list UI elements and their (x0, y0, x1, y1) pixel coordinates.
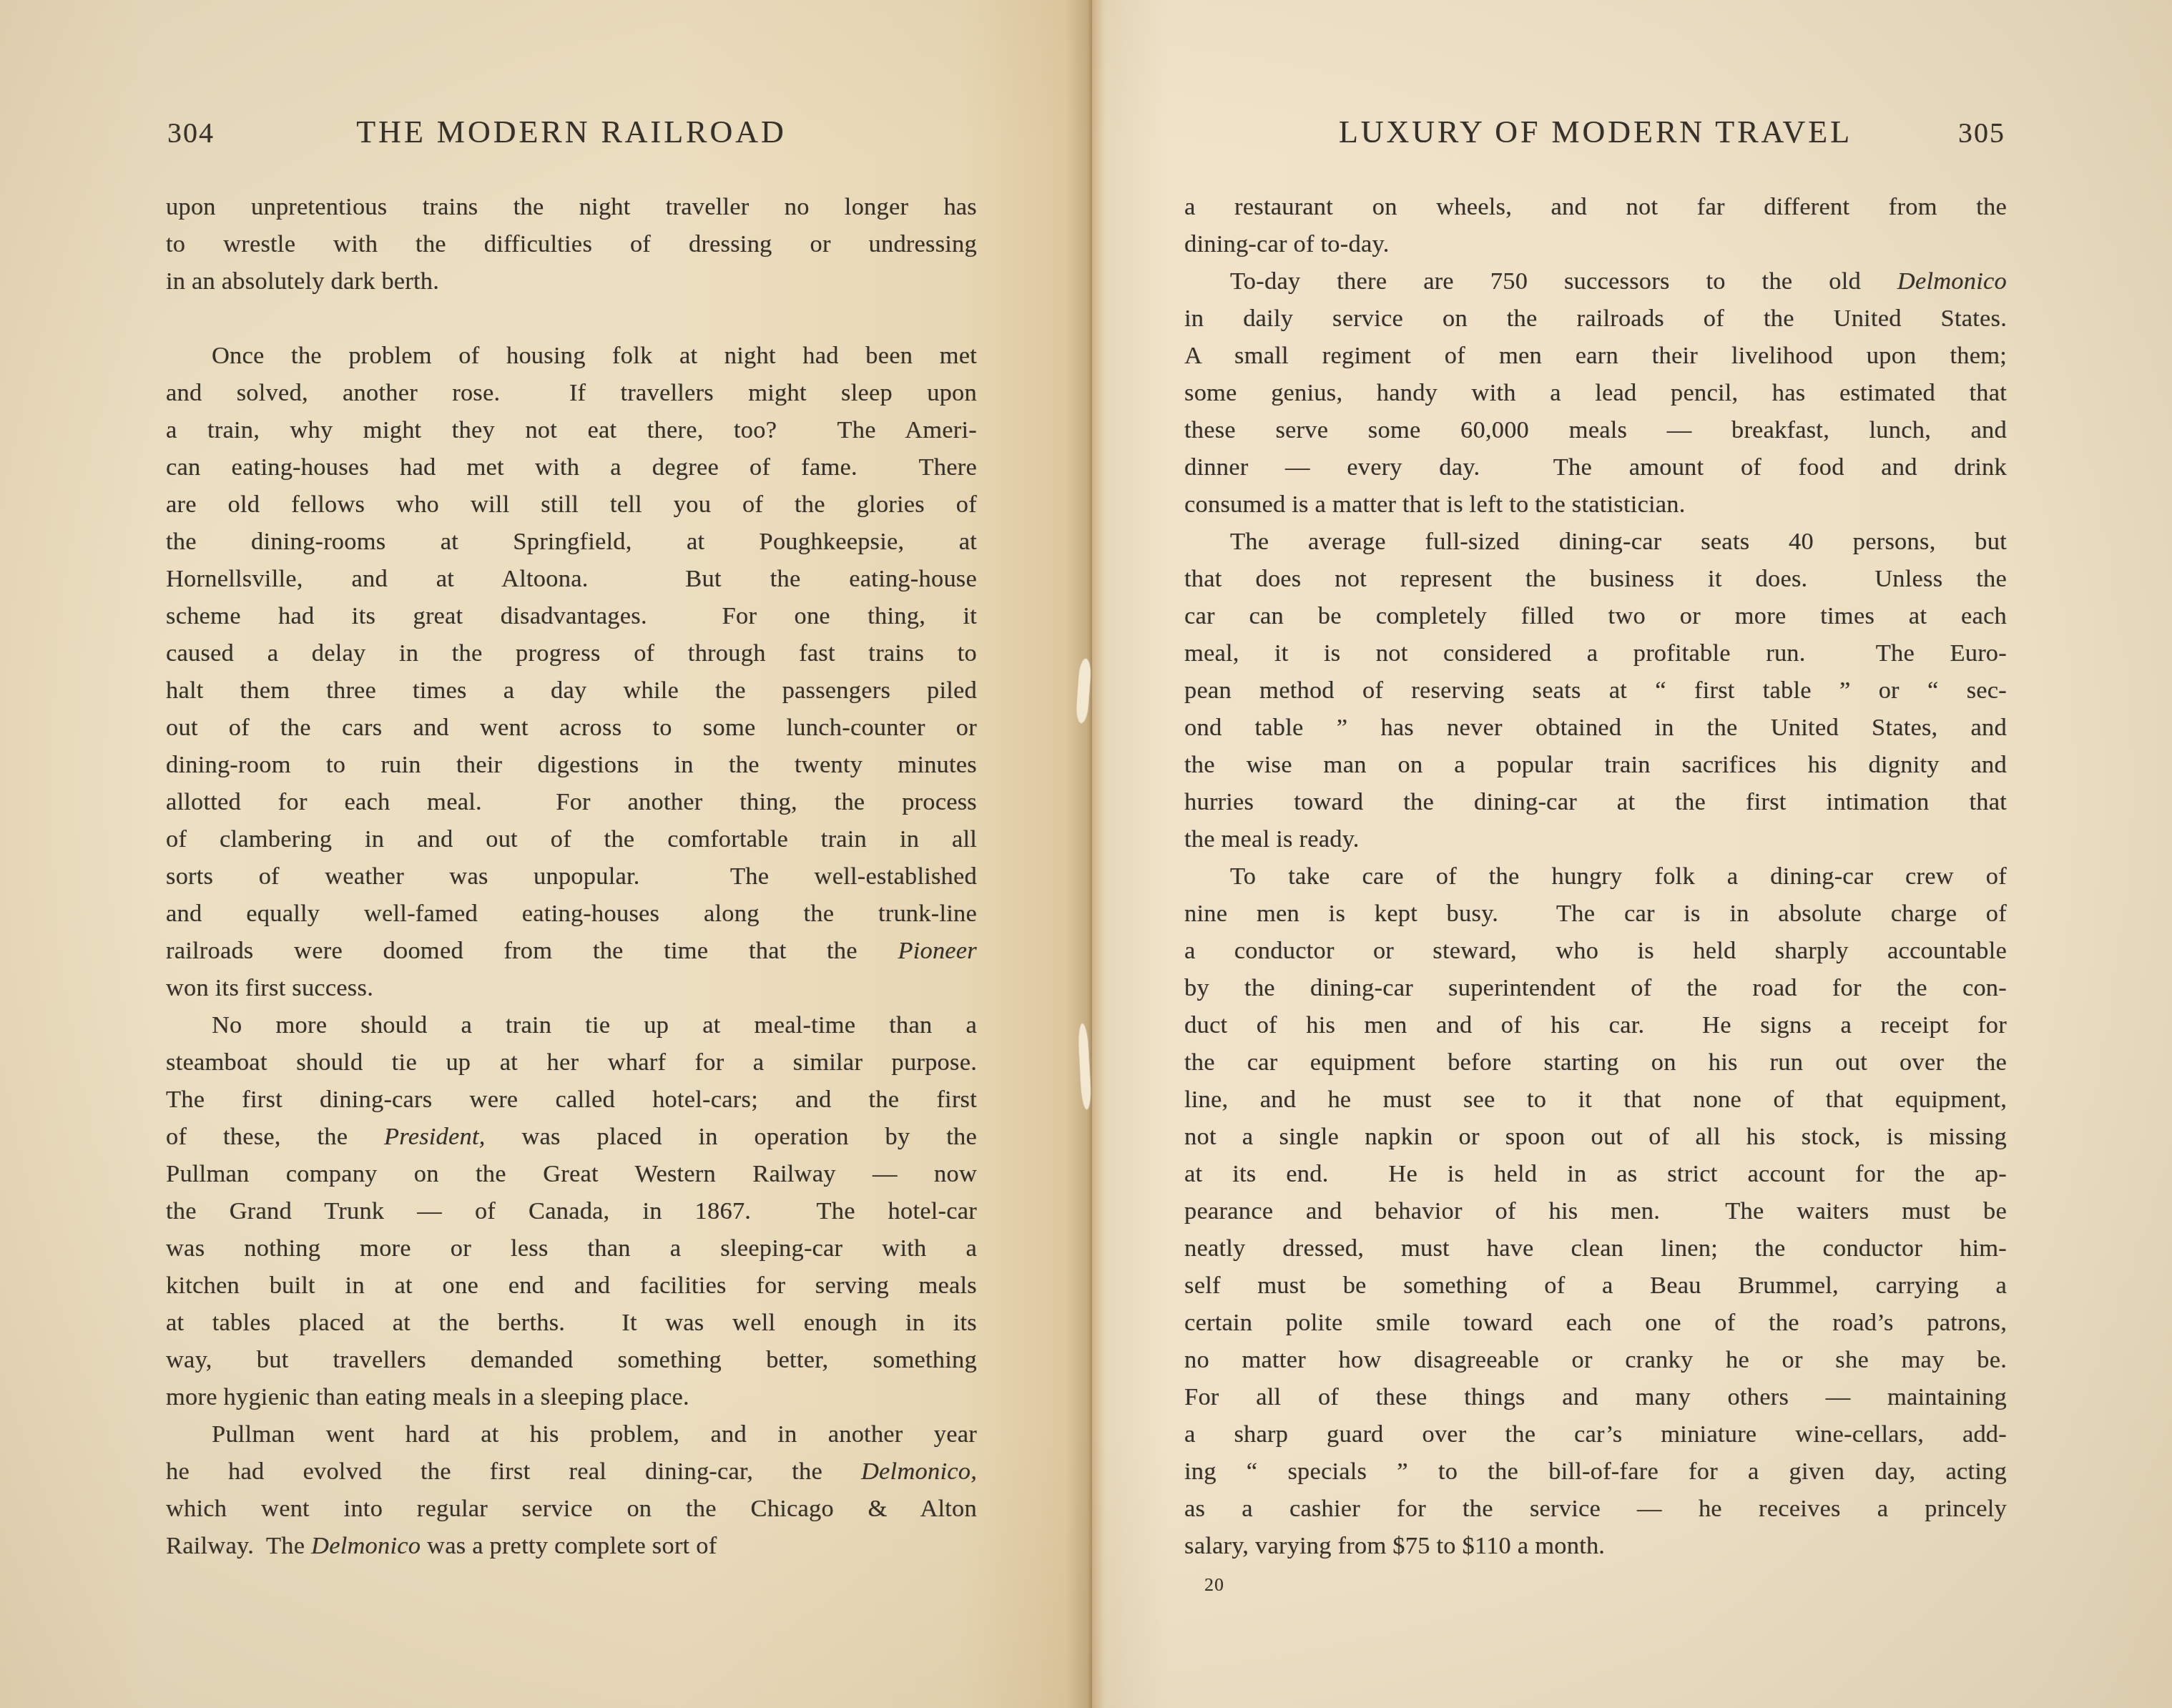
text-run: Once the problem of housing folk at nigh… (212, 342, 977, 369)
text-line: in an absolutely dark berth. (166, 262, 977, 300)
text-line: out of the cars and went across to some … (166, 709, 977, 746)
text-run: these serve some 60,000 meals — breakfas… (1184, 416, 2007, 443)
text-line: line, and he must see to it that none of… (1184, 1081, 2007, 1118)
text-line: some genius, handy with a lead pencil, h… (1184, 374, 2007, 411)
text-line: To-day there are 750 successors to the o… (1184, 262, 2007, 300)
text-line: at tables placed at the berths. It was w… (166, 1304, 977, 1341)
text-line: Once the problem of housing folk at nigh… (166, 337, 977, 374)
text-line: a sharp guard over the car’s miniature w… (1184, 1415, 2007, 1453)
right-page: LUXURY OF MODERN TRAVEL 305 a restaurant… (1184, 113, 2007, 1596)
italic-text-run: President, (384, 1123, 486, 1150)
text-run: out of the cars and went across to some … (166, 714, 977, 741)
text-run: line, and he must see to it that none of… (1184, 1086, 2007, 1113)
text-line: kitchen built in at one end and faciliti… (166, 1267, 977, 1304)
text-run: dining-car of to-day. (1184, 230, 1389, 257)
text-run: certain polite smile toward each one of … (1184, 1309, 2007, 1336)
text-run: Pullman company on the Great Western Rai… (166, 1160, 977, 1187)
text-run: a train, why might they not eat there, t… (166, 416, 977, 443)
text-line: To take care of the hungry folk a dining… (1184, 858, 2007, 895)
book-spread: 304 THE MODERN RAILROAD upon unpretentio… (0, 0, 2172, 1708)
text-line: For all of these things and many others … (1184, 1378, 2007, 1415)
text-line: car can be completely filled two or more… (1184, 597, 2007, 634)
right-page-number: 305 (1958, 116, 2005, 149)
text-line: The average full-sized dining-car seats … (1184, 523, 2007, 560)
text-run: meal, it is not considered a profitable … (1184, 639, 2007, 667)
text-line: self must be something of a Beau Brummel… (1184, 1267, 2007, 1304)
text-line: in daily service on the railroads of the… (1184, 300, 2007, 337)
text-run: won its first success. (166, 974, 373, 1001)
text-run: dining-room to ruin their digestions in … (166, 751, 977, 778)
text-run: more hygienic than eating meals in a sle… (166, 1383, 689, 1410)
text-run: way, but travellers demanded something b… (166, 1346, 977, 1373)
text-run: not a single napkin or spoon out of all … (1184, 1123, 2007, 1150)
text-line: the wise man on a popular train sacrific… (1184, 746, 2007, 783)
text-run: at tables placed at the berths. It was w… (166, 1309, 977, 1336)
text-line: the meal is ready. (1184, 820, 2007, 858)
text-run: the Grand Trunk — of Canada, in 1867. Th… (166, 1197, 977, 1224)
text-line: caused a delay in the progress of throug… (166, 634, 977, 672)
text-line: Pullman went hard at his problem, and in… (166, 1415, 977, 1453)
text-line: nine men is kept busy. The car is in abs… (1184, 895, 2007, 932)
text-line: the Grand Trunk — of Canada, in 1867. Th… (166, 1192, 977, 1230)
text-line: to wrestle with the difficulties of dres… (166, 225, 977, 262)
text-line: dining-room to ruin their digestions in … (166, 746, 977, 783)
text-run: car can be completely filled two or more… (1184, 602, 2007, 629)
text-run: sorts of weather was unpopular. The well… (166, 863, 977, 890)
signature-mark: 20 (1184, 1574, 2007, 1596)
text-run: of these, the (166, 1123, 384, 1150)
text-run: ond table ” has never obtained in the Un… (1184, 714, 2007, 741)
text-line: of clambering in and out of the comforta… (166, 820, 977, 858)
text-run: steamboat should tie up at her wharf for… (166, 1049, 977, 1076)
text-run: to wrestle with the difficulties of dres… (166, 230, 977, 257)
text-run: Pullman went hard at his problem, and in… (212, 1420, 977, 1448)
text-run: a restaurant on wheels, and not far diff… (1184, 193, 2007, 220)
text-line: allotted for each meal. For another thin… (166, 783, 977, 820)
text-run: was placed in operation by the (486, 1123, 977, 1150)
text-run: and equally well-famed eating-houses alo… (166, 900, 977, 927)
text-line: ing “ specials ” to the bill-of-fare for… (1184, 1453, 2007, 1490)
text-run: railroads were doomed from the time that… (166, 937, 898, 964)
italic-text-run: Delmonico, (861, 1458, 977, 1485)
text-run: he had evolved the first real dining-car… (166, 1458, 861, 1485)
text-line: that does not represent the business it … (1184, 560, 2007, 597)
text-run: was nothing more or less than a sleeping… (166, 1235, 977, 1262)
text-run: pean method of reserving seats at “ firs… (1184, 677, 2007, 704)
right-running-title: LUXURY OF MODERN TRAVEL (1184, 113, 2007, 152)
text-run: as a cashier for the service — he receiv… (1184, 1495, 2007, 1522)
right-page-header: LUXURY OF MODERN TRAVEL 305 (1184, 113, 2007, 152)
text-line: hurries toward the dining-car at the fir… (1184, 783, 2007, 820)
text-run: are old fellows who will still tell you … (166, 491, 977, 518)
text-line: a restaurant on wheels, and not far diff… (1184, 188, 2007, 225)
text-run: upon unpretentious trains the night trav… (166, 193, 977, 220)
text-run: the wise man on a popular train sacrific… (1184, 751, 2007, 778)
text-line: A small regiment of men earn their livel… (1184, 337, 2007, 374)
text-line: pean method of reserving seats at “ firs… (1184, 672, 2007, 709)
text-run: For all of these things and many others … (1184, 1383, 2007, 1410)
text-line: certain polite smile toward each one of … (1184, 1304, 2007, 1341)
text-line: consumed is a matter that is left to the… (1184, 486, 2007, 523)
text-line: ond table ” has never obtained in the Un… (1184, 709, 2007, 746)
text-run: allotted for each meal. For another thin… (166, 788, 977, 815)
text-run: The first dining-cars were called hotel-… (166, 1086, 977, 1113)
text-run: self must be something of a Beau Brummel… (1184, 1272, 2007, 1299)
italic-text-run: Delmonico (311, 1532, 421, 1559)
text-line: are old fellows who will still tell you … (166, 486, 977, 523)
text-run: the meal is ready. (1184, 825, 1360, 853)
text-line: of these, the President, was placed in o… (166, 1118, 977, 1155)
text-run: and solved, another rose. If travellers … (166, 379, 977, 406)
text-run: ing “ specials ” to the bill-of-fare for… (1184, 1458, 2007, 1485)
text-line: Pullman company on the Great Western Rai… (166, 1155, 977, 1192)
text-run: hurries toward the dining-car at the fir… (1184, 788, 2007, 815)
text-line: dining-car of to-day. (1184, 225, 2007, 262)
text-run: A small regiment of men earn their livel… (1184, 342, 2007, 369)
text-run: Hornellsville, and at Altoona. But the e… (166, 565, 977, 592)
text-run: duct of his men and of his car. He signs… (1184, 1011, 2007, 1039)
text-line: the dining-rooms at Springfield, at Poug… (166, 523, 977, 560)
text-run: Railway. The (166, 1532, 311, 1559)
left-page-header: 304 THE MODERN RAILROAD (166, 113, 977, 152)
text-run: a sharp guard over the car’s miniature w… (1184, 1420, 2007, 1448)
text-line: and equally well-famed eating-houses alo… (166, 895, 977, 932)
text-run: To-day there are 750 successors to the o… (1230, 268, 1897, 295)
text-line: no matter how disagreeable or cranky he … (1184, 1341, 2007, 1378)
text-line: dinner — every day. The amount of food a… (1184, 448, 2007, 486)
text-line: The first dining-cars were called hotel-… (166, 1081, 977, 1118)
left-page-number: 304 (167, 116, 215, 149)
text-run: No more should a train tie up at meal-ti… (212, 1011, 977, 1039)
text-run: that does not represent the business it … (1184, 565, 2007, 592)
text-line: sorts of weather was unpopular. The well… (166, 858, 977, 895)
text-run: neatly dressed, must have clean linen; t… (1184, 1235, 2007, 1262)
text-line: pearance and behavior of his men. The wa… (1184, 1192, 2007, 1230)
left-running-title: THE MODERN RAILROAD (166, 113, 977, 152)
text-run: salary, varying from $75 to $110 a month… (1184, 1532, 1605, 1559)
text-run: To take care of the hungry folk a dining… (1230, 863, 2007, 890)
text-run: consumed is a matter that is left to the… (1184, 491, 1686, 518)
text-line: more hygienic than eating meals in a sle… (166, 1378, 977, 1415)
text-line: way, but travellers demanded something b… (166, 1341, 977, 1378)
text-run: some genius, handy with a lead pencil, h… (1184, 379, 2007, 406)
text-line: which went into regular service on the C… (166, 1490, 977, 1527)
text-run: of clambering in and out of the comforta… (166, 825, 977, 853)
text-line: as a cashier for the service — he receiv… (1184, 1490, 2007, 1527)
text-line: the car equipment before starting on his… (1184, 1044, 2007, 1081)
text-line: salary, varying from $75 to $110 a month… (1184, 1527, 2007, 1564)
text-line: at its end. He is held in as strict acco… (1184, 1155, 2007, 1192)
text-line: neatly dressed, must have clean linen; t… (1184, 1230, 2007, 1267)
italic-text-run: Pioneer (898, 937, 977, 964)
italic-text-run: Delmonico (1897, 268, 2007, 295)
text-run: kitchen built in at one end and faciliti… (166, 1272, 977, 1299)
text-line: upon unpretentious trains the night trav… (166, 188, 977, 225)
text-line: Hornellsville, and at Altoona. But the e… (166, 560, 977, 597)
right-page-body: a restaurant on wheels, and not far diff… (1184, 188, 2007, 1564)
text-run: in an absolutely dark berth. (166, 268, 439, 295)
left-page: 304 THE MODERN RAILROAD upon unpretentio… (166, 113, 977, 1564)
left-page-body: upon unpretentious trains the night trav… (166, 188, 977, 1564)
text-run: by the dining-car superintendent of the … (1184, 974, 2007, 1001)
text-run: caused a delay in the progress of throug… (166, 639, 977, 667)
text-line: was nothing more or less than a sleeping… (166, 1230, 977, 1267)
text-run: the car equipment before starting on his… (1184, 1049, 2007, 1076)
text-line: Railway. The Delmonico was a pretty comp… (166, 1527, 977, 1564)
text-line: not a single napkin or spoon out of all … (1184, 1118, 2007, 1155)
text-line: can eating-houses had met with a degree … (166, 448, 977, 486)
text-run: The average full-sized dining-car seats … (1230, 528, 2007, 555)
text-line: railroads were doomed from the time that… (166, 932, 977, 969)
text-line: meal, it is not considered a profitable … (1184, 634, 2007, 672)
text-run: at its end. He is held in as strict acco… (1184, 1160, 2007, 1187)
text-run: scheme had its great disadvantages. For … (166, 602, 977, 629)
text-run: in daily service on the railroads of the… (1184, 305, 2007, 332)
text-line: steamboat should tie up at her wharf for… (166, 1044, 977, 1081)
text-run: nine men is kept busy. The car is in abs… (1184, 900, 2007, 927)
text-line: scheme had its great disadvantages. For … (166, 597, 977, 634)
text-line: a conductor or steward, who is held shar… (1184, 932, 2007, 969)
text-run: pearance and behavior of his men. The wa… (1184, 1197, 2007, 1224)
text-line: and solved, another rose. If travellers … (166, 374, 977, 411)
text-line: halt them three times a day while the pa… (166, 672, 977, 709)
text-line: these serve some 60,000 meals — breakfas… (1184, 411, 2007, 448)
text-line: No more should a train tie up at meal-ti… (166, 1006, 977, 1044)
text-line: he had evolved the first real dining-car… (166, 1453, 977, 1490)
text-run: which went into regular service on the C… (166, 1495, 977, 1522)
text-run: halt them three times a day while the pa… (166, 677, 977, 704)
text-run: can eating-houses had met with a degree … (166, 453, 977, 481)
text-run: the dining-rooms at Springfield, at Poug… (166, 528, 977, 555)
text-run: dinner — every day. The amount of food a… (1184, 453, 2007, 481)
text-line: by the dining-car superintendent of the … (1184, 969, 2007, 1006)
text-line: duct of his men and of his car. He signs… (1184, 1006, 2007, 1044)
text-run: was a pretty complete sort of (421, 1532, 717, 1559)
text-line: won its first success. (166, 969, 977, 1006)
text-line: a train, why might they not eat there, t… (166, 411, 977, 448)
text-run: no matter how disagreeable or cranky he … (1184, 1346, 2007, 1373)
text-run: a conductor or steward, who is held shar… (1184, 937, 2007, 964)
